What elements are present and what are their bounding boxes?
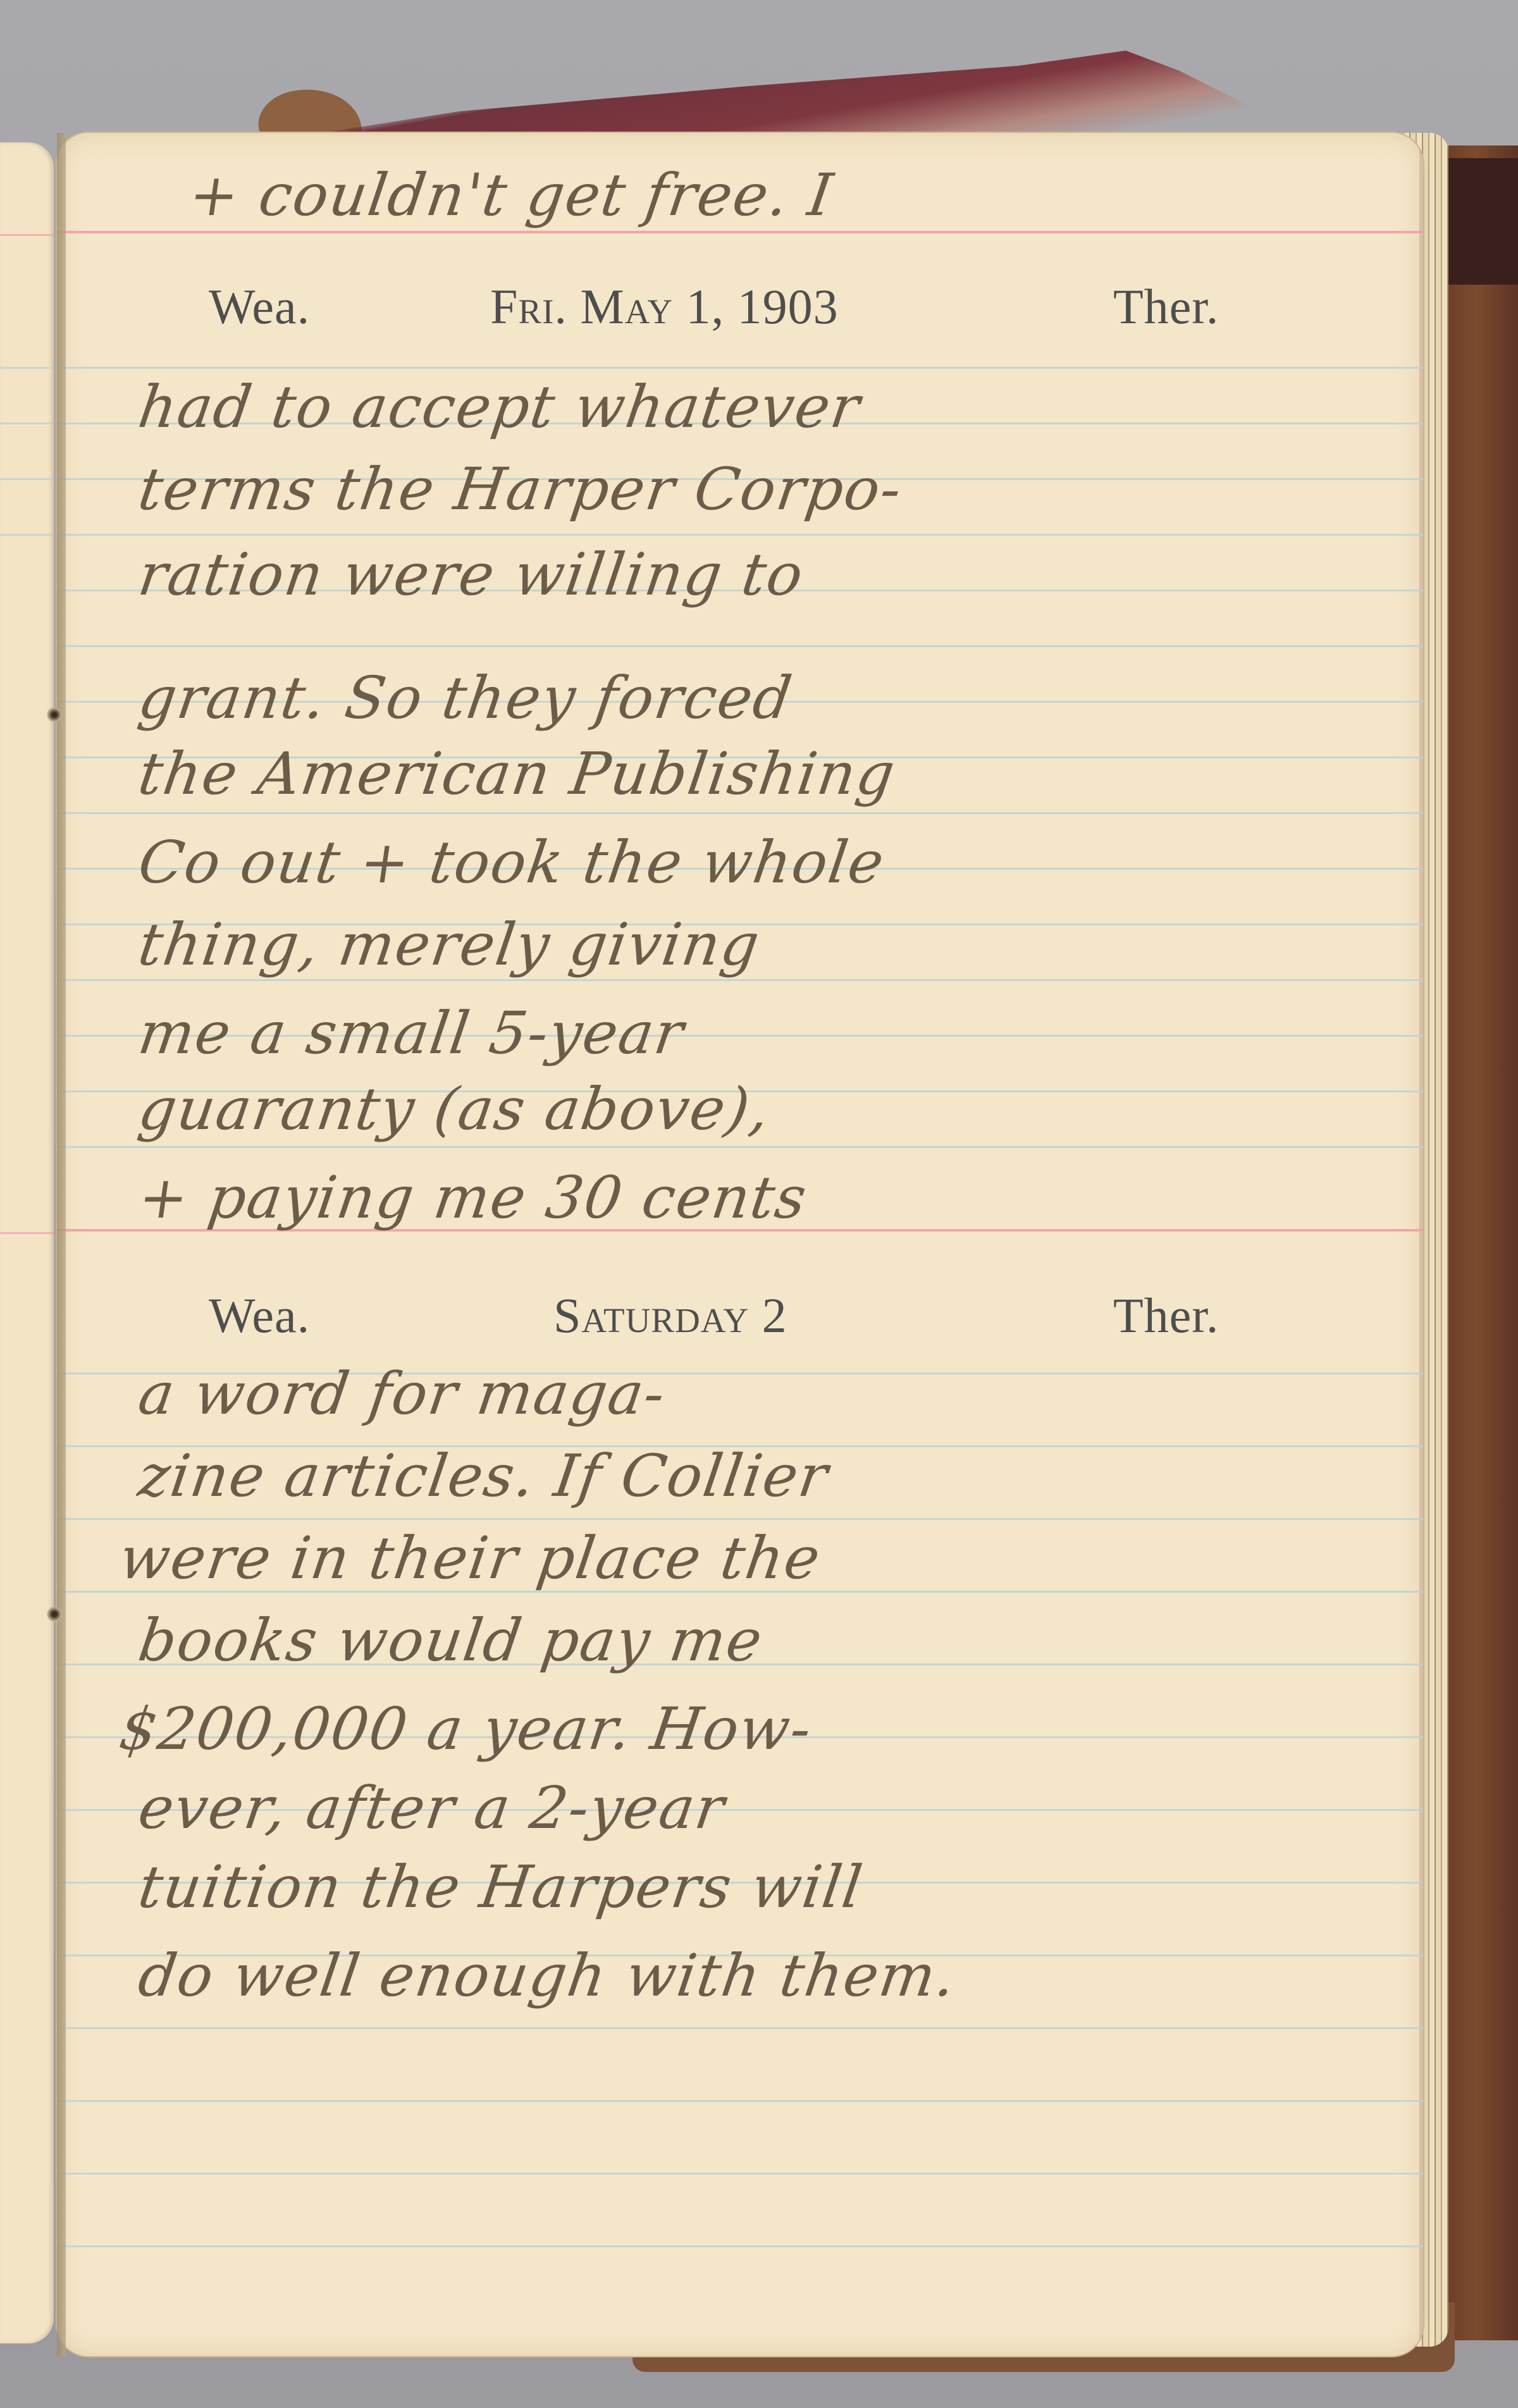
cover-band bbox=[1448, 158, 1518, 285]
handwritten-line: me a small 5-year bbox=[134, 999, 1409, 1067]
entry-header-may-1: Wea. Fri. May 1, 1903 Ther. bbox=[152, 278, 1290, 335]
handwritten-line: books would pay me bbox=[134, 1607, 1409, 1674]
rule bbox=[57, 812, 1423, 814]
handwritten-line: zine articles. If Collier bbox=[134, 1442, 1409, 1510]
handwritten-line: terms the Harper Corpo- bbox=[134, 455, 1409, 523]
rule bbox=[57, 1146, 1423, 1148]
left-rule bbox=[0, 367, 54, 369]
weather-label: Wea. bbox=[209, 1287, 310, 1344]
handwritten-line: the American Publishing bbox=[134, 740, 1409, 808]
rule bbox=[57, 2027, 1423, 2029]
handwritten-line: ever, after a 2-year bbox=[134, 1774, 1409, 1842]
left-rule-pink bbox=[0, 1232, 54, 1234]
handwritten-line-continuation: + couldn't get free. I bbox=[185, 161, 1459, 229]
handwritten-line: Co out + took the whole bbox=[134, 829, 1409, 896]
rule bbox=[57, 2173, 1423, 2175]
rule bbox=[57, 367, 1423, 369]
left-rule bbox=[0, 534, 54, 536]
rule bbox=[57, 2245, 1423, 2247]
rule bbox=[57, 645, 1423, 647]
left-rule bbox=[0, 423, 54, 424]
left-page-strip bbox=[0, 142, 54, 2343]
rule bbox=[57, 1518, 1423, 1520]
cover-binding-right bbox=[1448, 145, 1518, 2340]
handwritten-line: thing, merely giving bbox=[134, 911, 1409, 979]
rule bbox=[57, 979, 1423, 981]
weather-label: Wea. bbox=[209, 278, 310, 335]
rule bbox=[57, 2100, 1423, 2102]
handwritten-line: ration were willing to bbox=[134, 541, 1409, 608]
entry-date: Fri. May 1, 1903 bbox=[490, 278, 839, 335]
rule-pink-top bbox=[57, 231, 1423, 233]
entry-header-saturday-2: Wea. Saturday 2 Ther. bbox=[152, 1287, 1290, 1344]
rule bbox=[57, 534, 1423, 536]
handwritten-line: had to accept whatever bbox=[134, 373, 1409, 441]
binding-stitch bbox=[46, 1607, 63, 1622]
handwritten-line: tuition the Harpers will bbox=[134, 1853, 1409, 1921]
page-right-border bbox=[1419, 133, 1423, 2356]
handwritten-line: $200,000 a year. How- bbox=[115, 1695, 1390, 1763]
handwritten-line: were in their place the bbox=[115, 1524, 1390, 1592]
page-gutter bbox=[57, 133, 66, 2356]
left-rule bbox=[0, 478, 54, 480]
thermometer-label: Ther. bbox=[1113, 1287, 1219, 1344]
left-rule-pink bbox=[0, 234, 54, 236]
handwritten-line: grant. So they forced bbox=[134, 664, 1409, 732]
entry-date: Saturday 2 bbox=[553, 1287, 787, 1344]
handwritten-line: a word for maga- bbox=[134, 1360, 1409, 1428]
handwritten-line: guaranty (as above), bbox=[134, 1075, 1409, 1143]
handwritten-line: do well enough with them. bbox=[134, 1942, 1409, 2010]
handwritten-line: + paying me 30 cents bbox=[134, 1164, 1409, 1232]
binding-stitch bbox=[46, 707, 63, 722]
thermometer-label: Ther. bbox=[1113, 278, 1219, 335]
